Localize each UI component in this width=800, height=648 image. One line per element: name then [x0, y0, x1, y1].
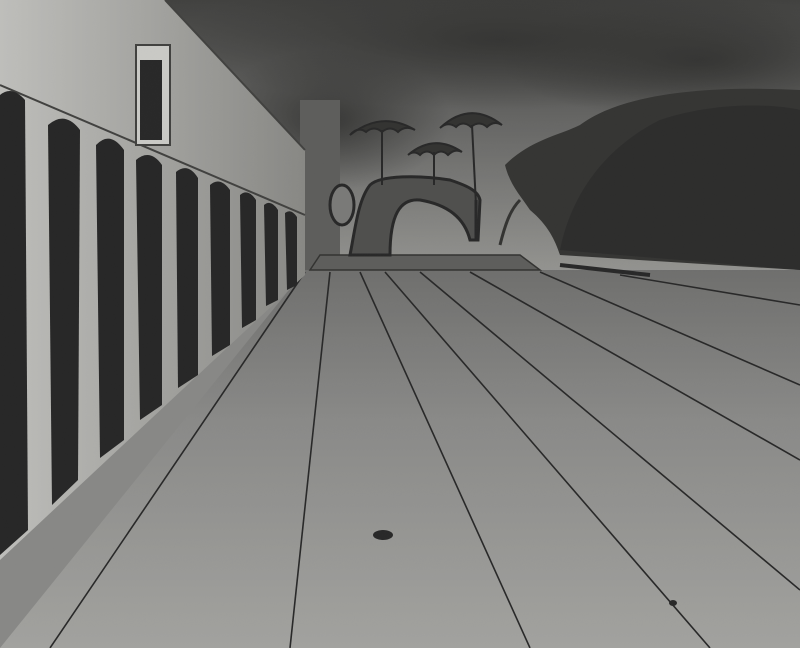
drawing-canvas [0, 0, 800, 648]
